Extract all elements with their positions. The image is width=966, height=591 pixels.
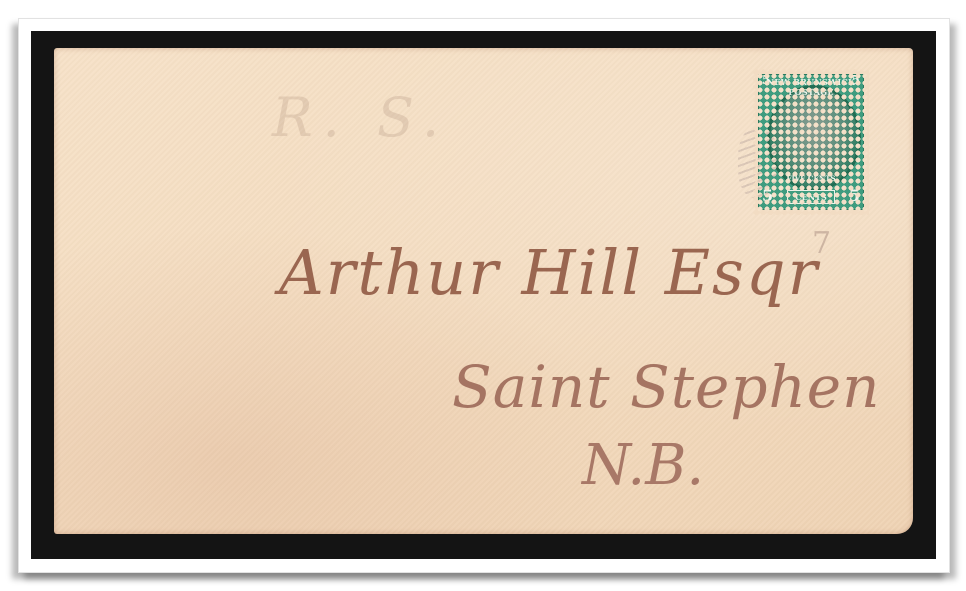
postage-stamp: NEW BRUNSWICK POSTAGE 5 5 FIVE CENTS 5 5…: [753, 69, 869, 215]
stamp-cents-label: CENTS: [787, 190, 835, 204]
address-line-name: Arthur Hill Esqr: [279, 236, 819, 309]
black-mat: R. S. NEW BRUNSWICK POSTAGE 5 5 FIVE CEN…: [31, 31, 936, 559]
stamp-value-text: FIVE CENTS: [759, 174, 863, 183]
address-line-province: N.B.: [582, 433, 704, 498]
stamp-country-text: NEW BRUNSWICK POSTAGE: [759, 77, 863, 97]
stamp-denomination: 5: [852, 73, 860, 87]
envelope: R. S. NEW BRUNSWICK POSTAGE 5 5 FIVE CEN…: [54, 48, 913, 534]
photo-frame: R. S. NEW BRUNSWICK POSTAGE 5 5 FIVE CEN…: [18, 18, 950, 573]
address-line-city: Saint Stephen: [452, 353, 881, 421]
stamp-design: NEW BRUNSWICK POSTAGE 5 5 FIVE CENTS 5 5…: [758, 74, 864, 210]
stamp-denomination: 5: [762, 73, 770, 87]
stamp-denomination: 5: [762, 186, 773, 205]
stamp-denomination: 5: [849, 186, 860, 205]
faint-pencil-mark: R. S.: [272, 86, 449, 149]
